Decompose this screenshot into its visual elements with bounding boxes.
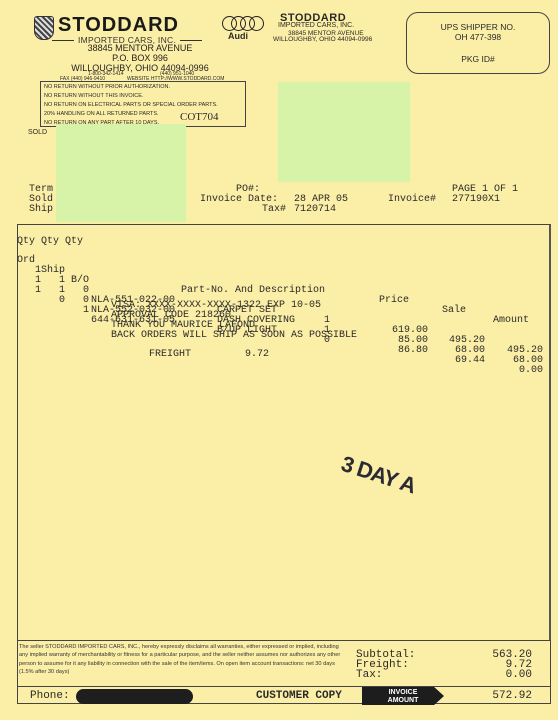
- shipping-address-city: WILLOUGHBY, OHIO 44094-0996: [273, 36, 372, 43]
- invoice-amount-value: 572.92: [470, 691, 532, 702]
- freight-note-value: 9.72: [245, 350, 269, 360]
- invoice-number: 277190X1: [452, 195, 500, 205]
- invoice-amount-label-line2: AMOUNT: [362, 697, 444, 705]
- address-city: WILLOUGHBY, OHIO 44094-0996: [50, 63, 230, 73]
- policy-line: NO RETURN ON ELECTRICAL PARTS OR SPECIAL…: [44, 101, 242, 110]
- invoice-number-label: Invoice#: [388, 195, 436, 205]
- redaction-sticker-ship-to: [278, 82, 410, 182]
- policy-line: NO RETURN WITHOUT PRIOR AUTHORIZATION.: [44, 83, 242, 92]
- address-pobox: P.O. BOX 996: [60, 53, 220, 63]
- backorder-note: BACK ORDERS WILL SHIP AS SOON AS POSSIBL…: [111, 331, 357, 341]
- row-ord: 1: [35, 286, 41, 296]
- phone-redaction: [76, 689, 193, 704]
- row-bo: 1: [83, 306, 89, 316]
- customer-copy-label: CUSTOMER COPY: [256, 691, 342, 702]
- ups-number: OH 477-398: [407, 32, 549, 42]
- freight-note-label: FREIGHT: [149, 350, 191, 360]
- warranty-disclaimer: The seller STODDARD IMPORTED CARS, INC.,…: [19, 643, 349, 677]
- phone-label: Phone:: [30, 691, 70, 702]
- phone-divider: [17, 686, 551, 687]
- invoice-amount-label-line1: INVOICE: [362, 689, 444, 697]
- row-amount: 0.00: [485, 366, 543, 376]
- audi-rings-icon: [222, 16, 262, 30]
- address-street: 38845 MENTOR AVENUE: [60, 43, 220, 53]
- table-row: 1 0 1 644-631-631-05 B/UP LIGHT 0 86.80 …: [17, 276, 551, 376]
- ship-label: Ship: [29, 205, 53, 215]
- pkg-id-label: PKG ID#: [407, 54, 549, 64]
- sold-to-label: SOLD: [28, 129, 47, 136]
- row-ship: 0: [59, 296, 65, 306]
- row-price: 86.80: [370, 346, 428, 356]
- redaction-sticker-sold-to: [56, 124, 186, 222]
- shipping-brand-sub: IMPORTED CARS, INC.: [278, 22, 354, 29]
- tax-total-value: 0.00: [470, 670, 532, 681]
- company-logo: STODDARD: [58, 14, 179, 37]
- tax-total-label: Tax:: [356, 670, 382, 681]
- tax-number: 7120714: [294, 205, 336, 215]
- ups-shipper-box: UPS SHIPPER NO. OH 477-398 PKG ID#: [406, 12, 550, 74]
- tax-label: Tax#: [262, 205, 286, 215]
- invoice-amount-tag: INVOICE AMOUNT: [362, 687, 444, 705]
- row-sale: 69.44: [427, 356, 485, 366]
- policy-line: NO RETURN WITHOUT THIS INVOICE.: [44, 92, 242, 101]
- return-code: COT704: [180, 111, 219, 123]
- ups-title: UPS SHIPPER NO.: [407, 22, 549, 32]
- audi-label: Audi: [228, 31, 248, 41]
